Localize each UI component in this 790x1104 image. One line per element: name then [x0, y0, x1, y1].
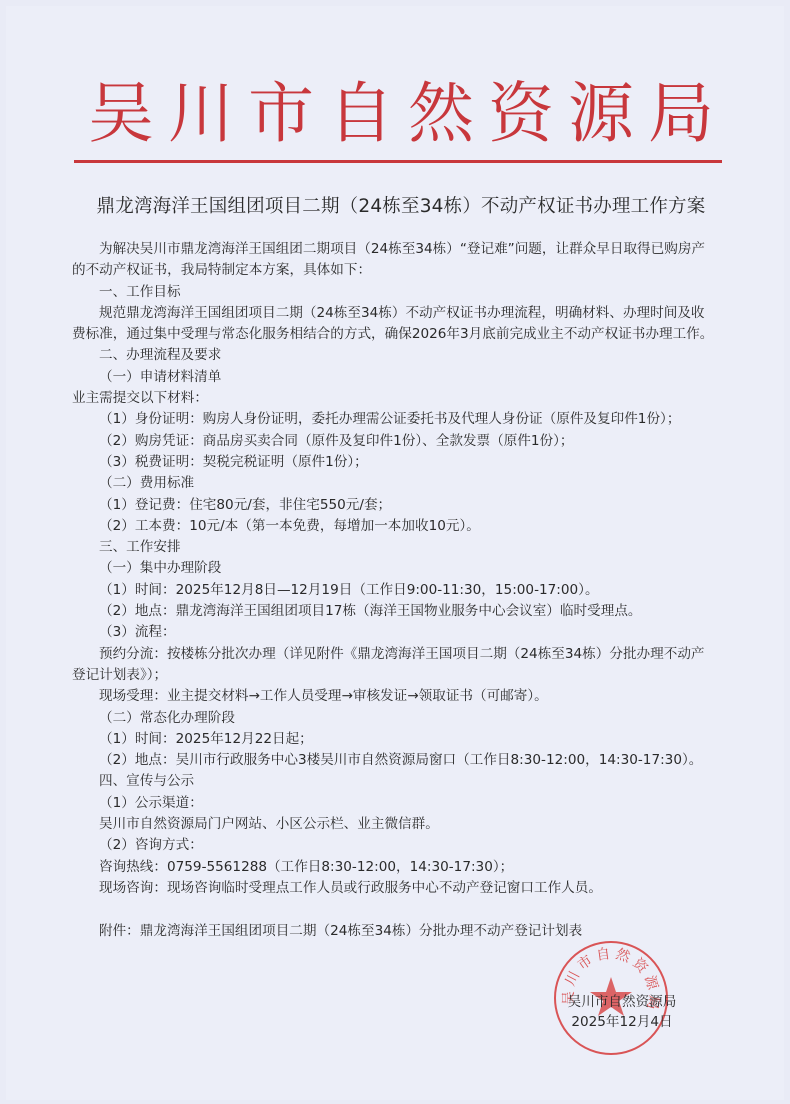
publicity-item: 吴川市自然资源局门户网站、小区公示栏、业主微信群。 [72, 814, 732, 835]
signature-block: 吴川市自然资源局 2025年12月4日 [564, 992, 680, 1032]
flow-onsite: 现场受理：业主提交材料→工作人员受理→审核发证→领取证书（可邮寄）。 [72, 686, 732, 707]
centralized-item: （3）流程： [72, 622, 732, 643]
intro-line-1: 为解决吴川市鼎龙湾海洋王国组团二期项目（24栋至34栋）“登记难”问题，让群众早… [72, 239, 732, 260]
attachment-note: 附件：鼎龙湾海洋王国组团项目二期（24栋至34栋）分批办理不动产登记计划表 [72, 921, 732, 942]
fee-item: （1）登记费：住宅80元/套，非住宅550元/套； [72, 495, 732, 516]
publicity-item: 咨询热线：0759-5561288（工作日8:30-12:00，14:30-17… [72, 857, 732, 878]
section-heading-arrangement: 三、工作安排 [72, 537, 732, 558]
publicity-item: （1）公示渠道： [72, 793, 732, 814]
red-divider [74, 160, 722, 163]
document-body: 为解决吴川市鼎龙湾海洋王国组团二期项目（24栋至34栋）“登记难”问题，让群众早… [72, 239, 732, 943]
regular-item: （1）时间：2025年12月22日起； [72, 729, 732, 750]
centralized-item: （1）时间：2025年12月8日—12月19日（工作日9:00-11:30，15… [72, 580, 732, 601]
subheading-regular: （二）常态化办理阶段 [72, 708, 732, 729]
publicity-item: 现场咨询：现场咨询临时受理点工作人员或行政服务中心不动产登记窗口工作人员。 [72, 878, 732, 899]
section-heading-goals: 一、工作目标 [72, 282, 732, 303]
subheading-centralized: （一）集中办理阶段 [72, 558, 732, 579]
material-item: （1）身份证明：购房人身份证明，委托办理需公证委托书及代理人身份证（原件及复印件… [72, 409, 732, 430]
section-heading-process: 二、办理流程及要求 [72, 345, 732, 366]
goals-text-1: 规范鼎龙湾海洋王国组团项目二期（24栋至34栋）不动产权证书办理流程，明确材料、… [72, 303, 732, 324]
centralized-item: （2）地点：鼎龙湾海洋王国组团项目17栋（海洋王国物业服务中心会议室）临时受理点… [72, 601, 732, 622]
material-item: （2）购房凭证：商品房买卖合同（原件及复印件1份）、全款发票（原件1份）； [72, 431, 732, 452]
goals-text-2: 费标准，通过集中受理与常态化服务相结合的方式，确保2026年3月底前完成业主不动… [72, 324, 732, 345]
flow-reservation-1: 预约分流：按楼栋分批次办理（详见附件《鼎龙湾海洋王国项目二期（24栋至34栋）分… [72, 644, 732, 665]
subheading-fees: （二）费用标准 [72, 473, 732, 494]
fee-item: （2）工本费：10元/本（第一本免费，每增加一本加收10元）。 [72, 516, 732, 537]
document-page: 吴川市自然资源局 鼎龙湾海洋王国组团项目二期（24栋至34栋）不动产权证书办理工… [6, 6, 784, 1100]
regular-item: （2）地点：吴川市行政服务中心3楼吴川市自然资源局窗口（工作日8:30-12:0… [72, 750, 732, 771]
agency-masthead: 吴川市自然资源局 [88, 74, 708, 154]
signature-org: 吴川市自然资源局 [564, 992, 680, 1012]
signature-date: 2025年12月4日 [564, 1012, 680, 1032]
flow-reservation-2: 登记计划表》）； [72, 665, 732, 686]
document-title: 鼎龙湾海洋王国组团项目二期（24栋至34栋）不动产权证书办理工作方案 [6, 192, 790, 218]
publicity-item: （2）咨询方式： [72, 835, 732, 856]
material-item: （3）税费证明：契税完税证明（原件1份）； [72, 452, 732, 473]
intro-line-2: 的不动产权证书，我局特制定本方案，具体如下： [72, 260, 732, 281]
materials-lead: 业主需提交以下材料： [72, 388, 732, 409]
section-heading-publicity: 四、宣传与公示 [72, 771, 732, 792]
subheading-materials: （一）申请材料清单 [72, 367, 732, 388]
